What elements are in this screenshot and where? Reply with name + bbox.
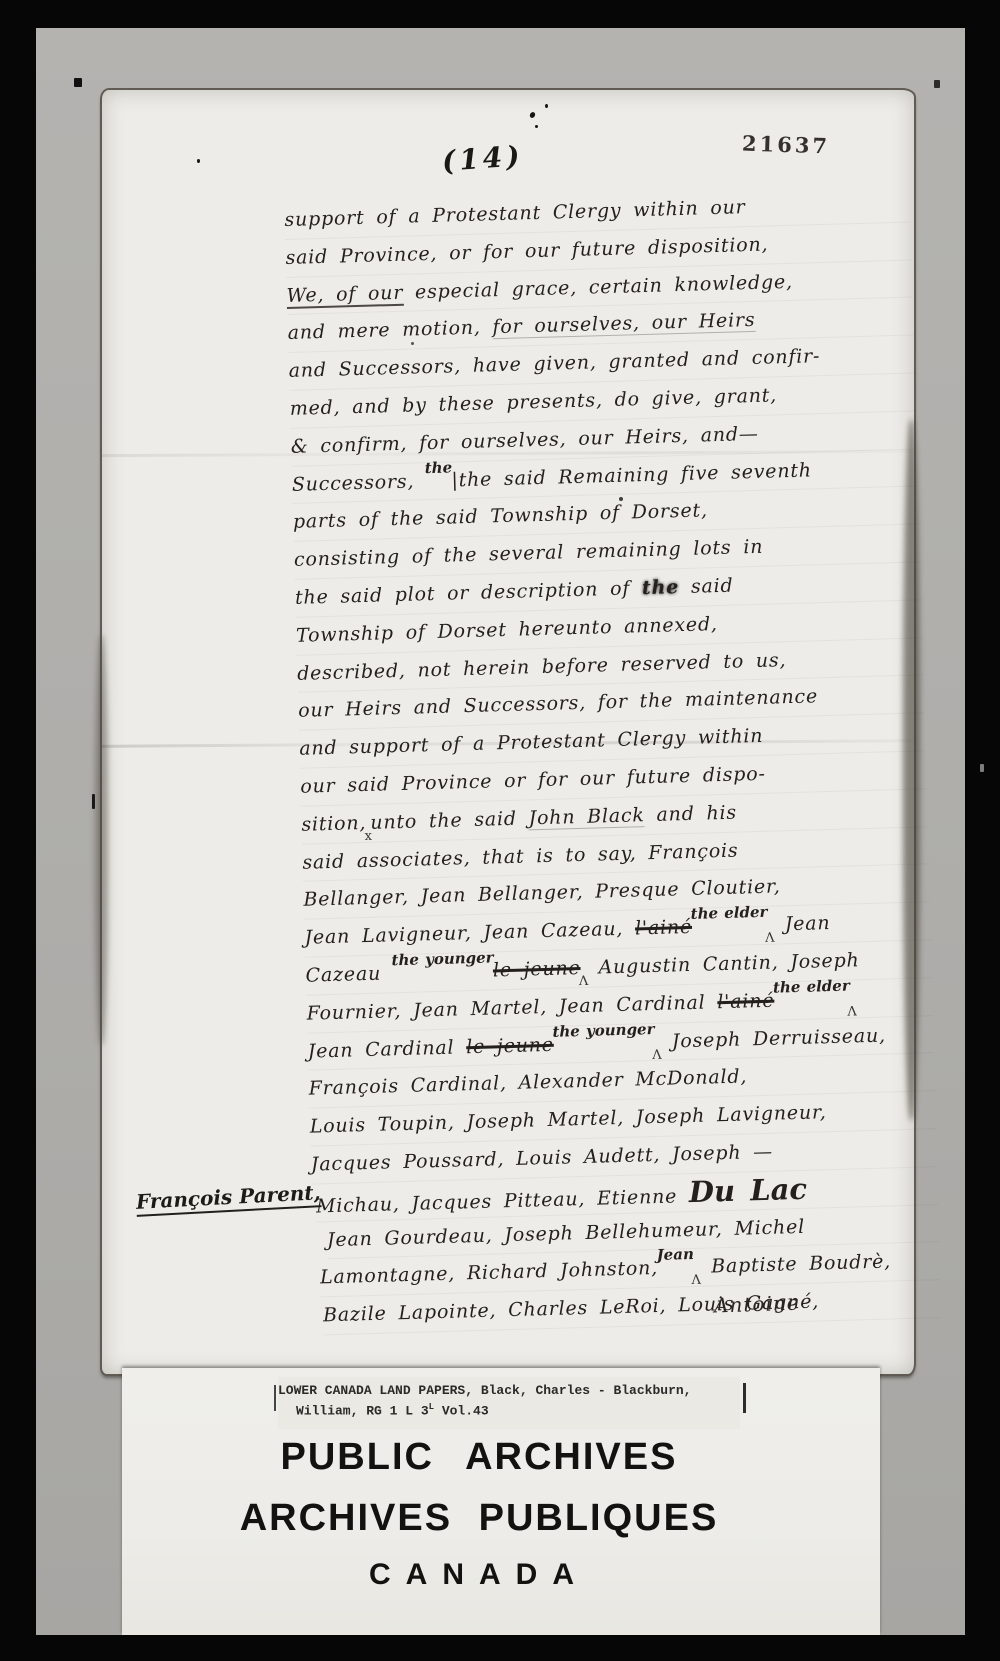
ink-speck	[545, 104, 548, 108]
ink-speck	[197, 159, 200, 163]
card-title-english: PUBLIC ARCHIVES	[100, 1436, 858, 1479]
archival-document-scan: { "colors": { "frame": "#060606", "backi…	[0, 0, 1000, 1661]
card-title-french: ARCHIVES PUBLIQUES	[100, 1497, 858, 1540]
card-title-canada: CANADA	[100, 1558, 858, 1592]
catalog-label-slip: LOWER CANADA LAND PAPERS, Black, Charles…	[278, 1377, 740, 1429]
label-line-2-text: William, RG 1 L 3	[296, 1403, 429, 1418]
catchword: Antoine	[714, 1291, 800, 1318]
label-line-1: LOWER CANADA LAND PAPERS, Black, Charles…	[278, 1382, 740, 1399]
ink-speck	[535, 125, 538, 128]
registration-mark	[980, 764, 984, 772]
registration-mark	[934, 80, 940, 88]
label-line-2: William, RG 1 L 3L Vol.43	[278, 1399, 740, 1419]
margin-note: François Parent,	[135, 1180, 321, 1217]
manuscript-text: support of a Protestant Clergy within ou…	[284, 185, 941, 1336]
archives-card: LOWER CANADA LAND PAPERS, Black, Charles…	[122, 1368, 880, 1635]
registration-mark	[74, 78, 82, 87]
page-edge-shadow	[95, 635, 108, 1045]
manuscript-page: (14) 21637 support of a Protestant Clerg…	[100, 88, 916, 1376]
page-number: (14)	[441, 139, 525, 178]
archive-stamp-number: 21637	[742, 130, 831, 158]
ink-speck	[529, 111, 536, 119]
label-line-2-suffix: Vol.43	[434, 1403, 489, 1418]
